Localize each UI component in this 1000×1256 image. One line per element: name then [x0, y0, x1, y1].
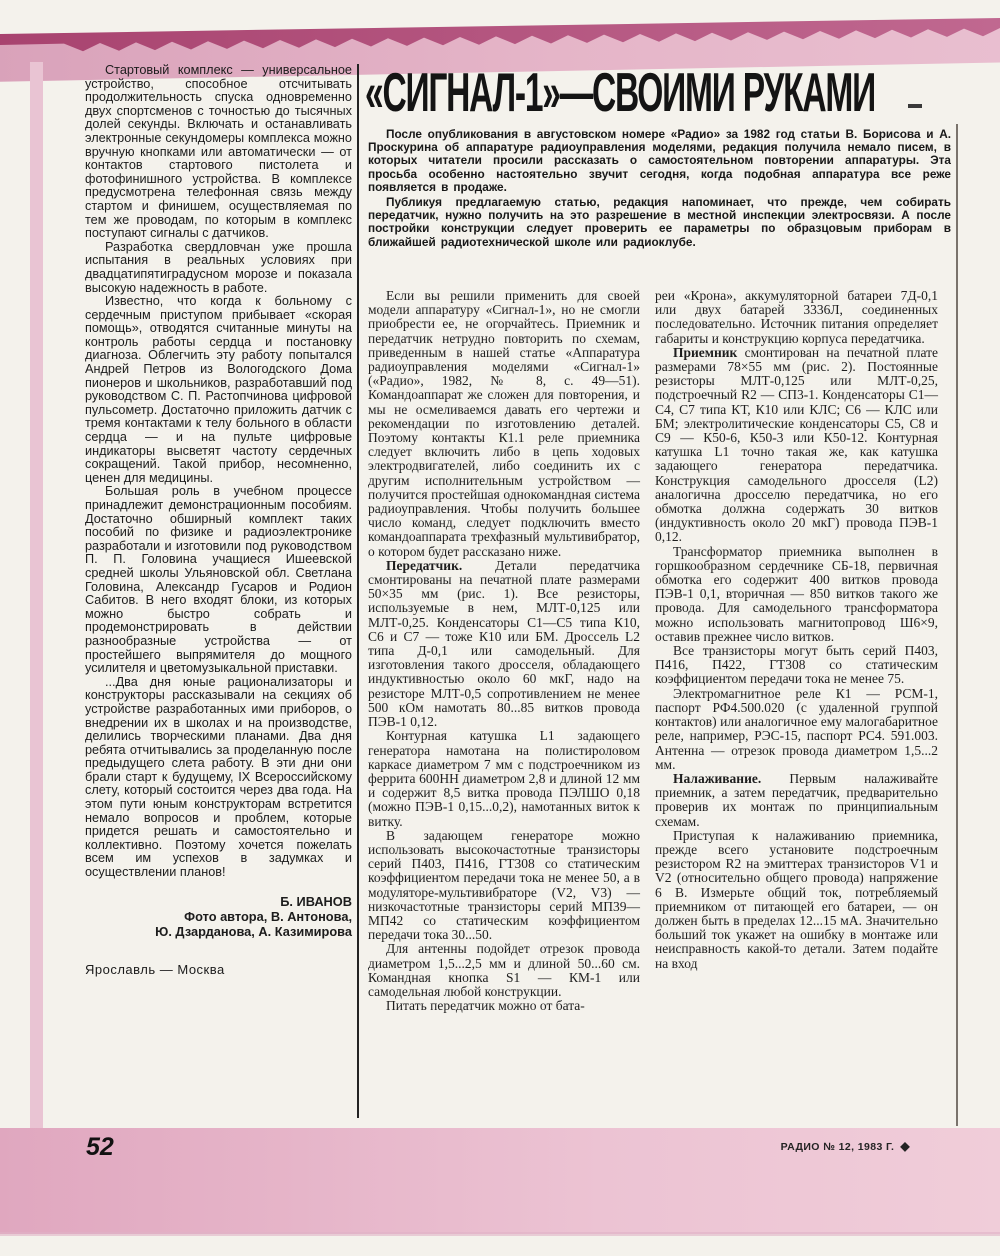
- article-column-right: реи «Крона», аккумуляторной батареи 7Д-0…: [655, 289, 938, 971]
- diamond-icon: ◆: [900, 1139, 910, 1153]
- top-zigzag-band: [0, 18, 1000, 52]
- article-paragraph: Если вы решили применить для своей модел…: [368, 289, 640, 559]
- left-paragraph: Известно, что когда к больному с сердечн…: [85, 295, 352, 485]
- article-paragraph-tuning: Налаживание. Первым налаживайте приемник…: [655, 772, 938, 829]
- article-paragraph: Все транзисторы могут быть серий П403, П…: [655, 644, 938, 687]
- left-paragraph: Большая роль в учебном процессе принадле…: [85, 485, 352, 675]
- dateline: Ярославль — Москва: [85, 963, 352, 977]
- intro-paragraph: Публикуя предлагаемую статью, редакция н…: [368, 196, 951, 249]
- article-paragraph: реи «Крона», аккумуляторной батареи 7Д-0…: [655, 289, 938, 346]
- paragraph-text: Детали передатчика смонтированы на печат…: [368, 558, 640, 729]
- journal-footer: РАДИО № 12, 1983 Г.◆: [620, 1139, 910, 1153]
- editorial-intro: После опубликования в августовском номер…: [368, 128, 951, 249]
- run-in-heading: Передатчик.: [386, 558, 462, 573]
- page-edge-rule: [956, 124, 958, 1126]
- article-paragraph: Контурная катушка L1 задающего генератор…: [368, 729, 640, 828]
- journal-issue-label: РАДИО № 12, 1983 Г.: [781, 1141, 895, 1153]
- article-paragraph-receiver: Приемник смонтирован на печатной плате р…: [655, 346, 938, 545]
- article-paragraph: Трансформатор приемника выполнен в горшк…: [655, 545, 938, 644]
- article-paragraph: Электромагнитное реле К1 — РСМ-1, паспор…: [655, 687, 938, 772]
- column-divider-rule: [357, 64, 359, 1118]
- article-paragraph-transmitter: Передатчик. Детали передатчика смонтиров…: [368, 559, 640, 729]
- title-end-dash: [908, 104, 922, 108]
- left-paragraph: Стартовый комплекс — универсальное устро…: [85, 64, 352, 241]
- left-column: Стартовый комплекс — универсальное устро…: [85, 64, 352, 977]
- article-paragraph: Приступая к налаживанию приемника, прежд…: [655, 829, 938, 971]
- left-pink-strip: [30, 62, 43, 1132]
- article-paragraph: Питать передатчик можно от бата-: [368, 999, 640, 1013]
- photo-credit: Фото автора, В. Антонова,: [85, 909, 352, 924]
- article-column-middle: Если вы решили применить для своей модел…: [368, 289, 640, 1013]
- run-in-heading: Налаживание.: [673, 771, 761, 786]
- paragraph-text: смонтирован на печатной плате размерами …: [655, 345, 938, 545]
- magazine-page: Стартовый комплекс — универсальное устро…: [0, 0, 1000, 1256]
- bottom-band-edge: [0, 1232, 1000, 1236]
- author-signature: Б. ИВАНОВ: [85, 894, 352, 909]
- intro-paragraph: После опубликования в августовском номер…: [368, 128, 951, 194]
- article-paragraph: В задающем генераторе можно использовать…: [368, 829, 640, 943]
- photo-credit: Ю. Дзарданова, А. Казимирова: [85, 924, 352, 939]
- left-paragraph: Разработка свердловчан уже прошла испыта…: [85, 241, 352, 295]
- left-paragraph: ...Два дня юные рационализаторы и констр…: [85, 676, 352, 880]
- page-number: 52: [86, 1133, 114, 1162]
- article-paragraph: Для антенны подойдет отрезок провода диа…: [368, 942, 640, 999]
- run-in-heading: Приемник: [673, 345, 737, 360]
- article-title: «СИГНАЛ-1»—СВОИМИ РУКАМИ: [365, 60, 875, 124]
